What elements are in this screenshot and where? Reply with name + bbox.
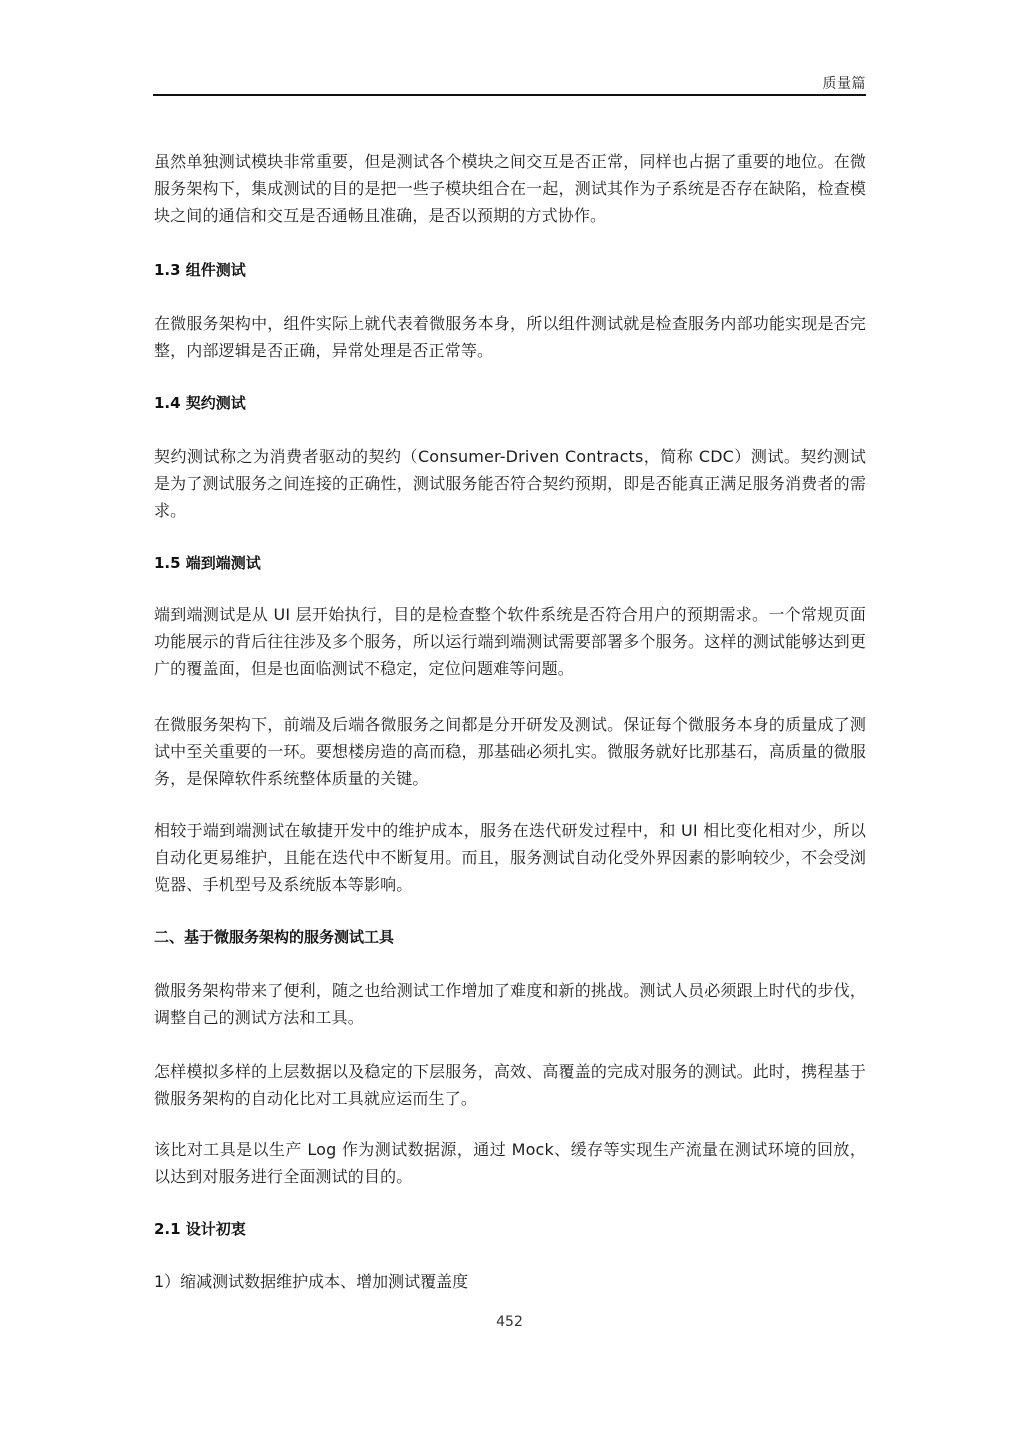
paragraph-microservice-quality: 在微服务架构下，前端及后端各微服务之间都是分开研发及测试。保证每个微服务本身的质… bbox=[154, 711, 866, 792]
heading-2-1-design-intent: 2.1 设计初衷 bbox=[154, 1218, 246, 1240]
heading-1-3-component-testing: 1.3 组件测试 bbox=[154, 259, 246, 281]
paragraph-comparison-tool-origin: 怎样模拟多样的上层数据以及稳定的下层服务，高效、高覆盖的完成对服务的测试。此时，… bbox=[154, 1058, 866, 1112]
heading-2-service-testing-tools: 二、基于微服务架构的服务测试工具 bbox=[154, 926, 394, 948]
paragraph-service-automation: 相较于端到端测试在敏捷开发中的维护成本，服务在迭代研发过程中，和 UI 相比变化… bbox=[154, 817, 866, 898]
header-divider bbox=[153, 94, 866, 96]
paragraph-comparison-tool-description: 该比对工具是以生产 Log 作为测试数据源，通过 Mock、缓存等实现生产流量在… bbox=[154, 1136, 866, 1190]
paragraph-e2e-testing: 端到端测试是从 UI 层开始执行，目的是检查整个软件系统是否符合用户的预期需求。… bbox=[154, 601, 866, 682]
paragraph-contract-testing: 契约测试称之为消费者驱动的契约（Consumer-Driven Contract… bbox=[154, 443, 866, 524]
running-header-section: 质量篇 bbox=[823, 73, 867, 93]
heading-1-4-contract-testing: 1.4 契约测试 bbox=[154, 392, 246, 414]
paragraph-challenges: 微服务架构带来了便利，随之也给测试工作增加了难度和新的挑战。测试人员必须跟上时代… bbox=[154, 977, 866, 1031]
page-number: 452 bbox=[0, 1314, 1019, 1330]
paragraph-component-testing: 在微服务架构中，组件实际上就代表着微服务本身，所以组件测试就是检查服务内部功能实… bbox=[154, 310, 866, 364]
paragraph-integration-testing: 虽然单独测试模块非常重要，但是测试各个模块之间交互是否正常，同样也占据了重要的地… bbox=[154, 148, 866, 229]
heading-1-5-e2e-testing: 1.5 端到端测试 bbox=[154, 552, 261, 574]
list-item-1: 1）缩减测试数据维护成本、增加测试覆盖度 bbox=[154, 1270, 468, 1294]
